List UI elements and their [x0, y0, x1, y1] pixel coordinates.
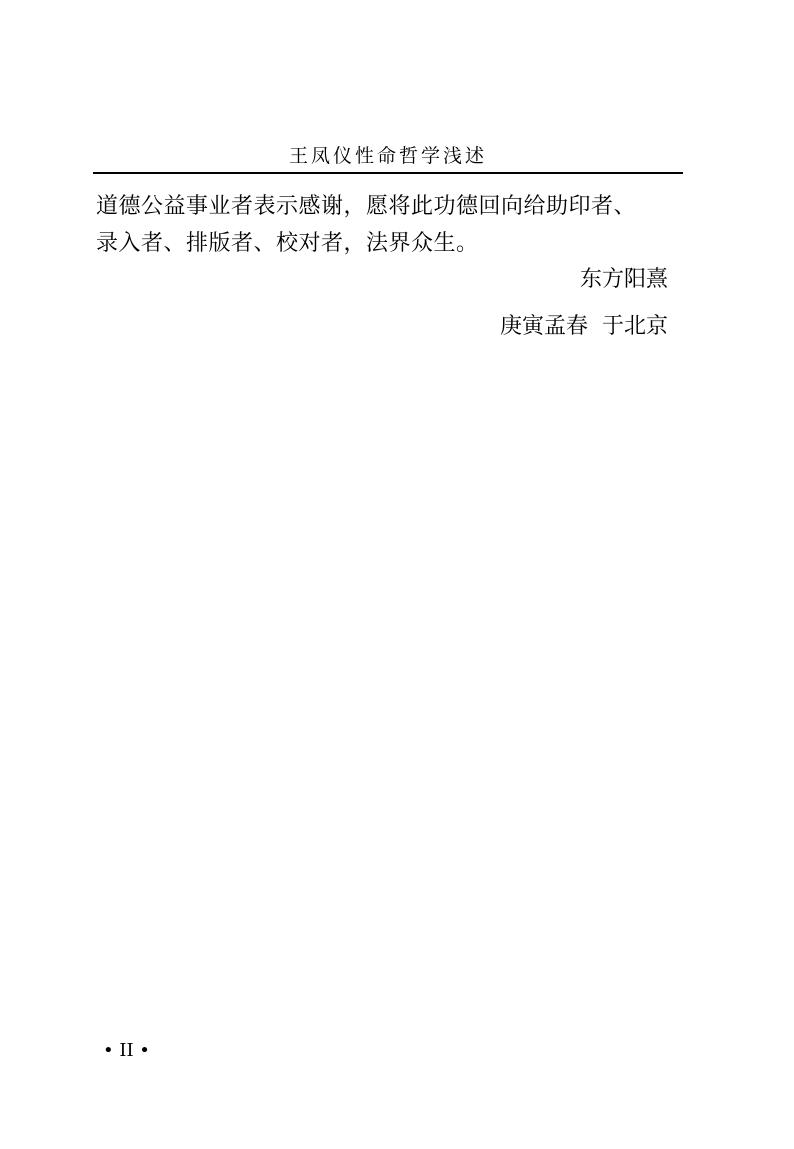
signature-date-place: 庚寅孟春 于北京 [500, 312, 668, 342]
signature-author: 东方阳熹 [580, 265, 668, 295]
body-line-2: 录入者、排版者、校对者，法界众生。 [96, 225, 676, 262]
page-number: • II • [103, 1040, 150, 1062]
body-text: 道德公益事业者表示感谢，愿将此功德回向给助印者、 录入者、排版者、校对者，法界众… [96, 188, 676, 262]
running-header: 王凤仪性命哲学浅述 [93, 144, 683, 168]
body-line-1: 道德公益事业者表示感谢，愿将此功德回向给助印者、 [96, 188, 676, 225]
header-rule [93, 172, 683, 174]
